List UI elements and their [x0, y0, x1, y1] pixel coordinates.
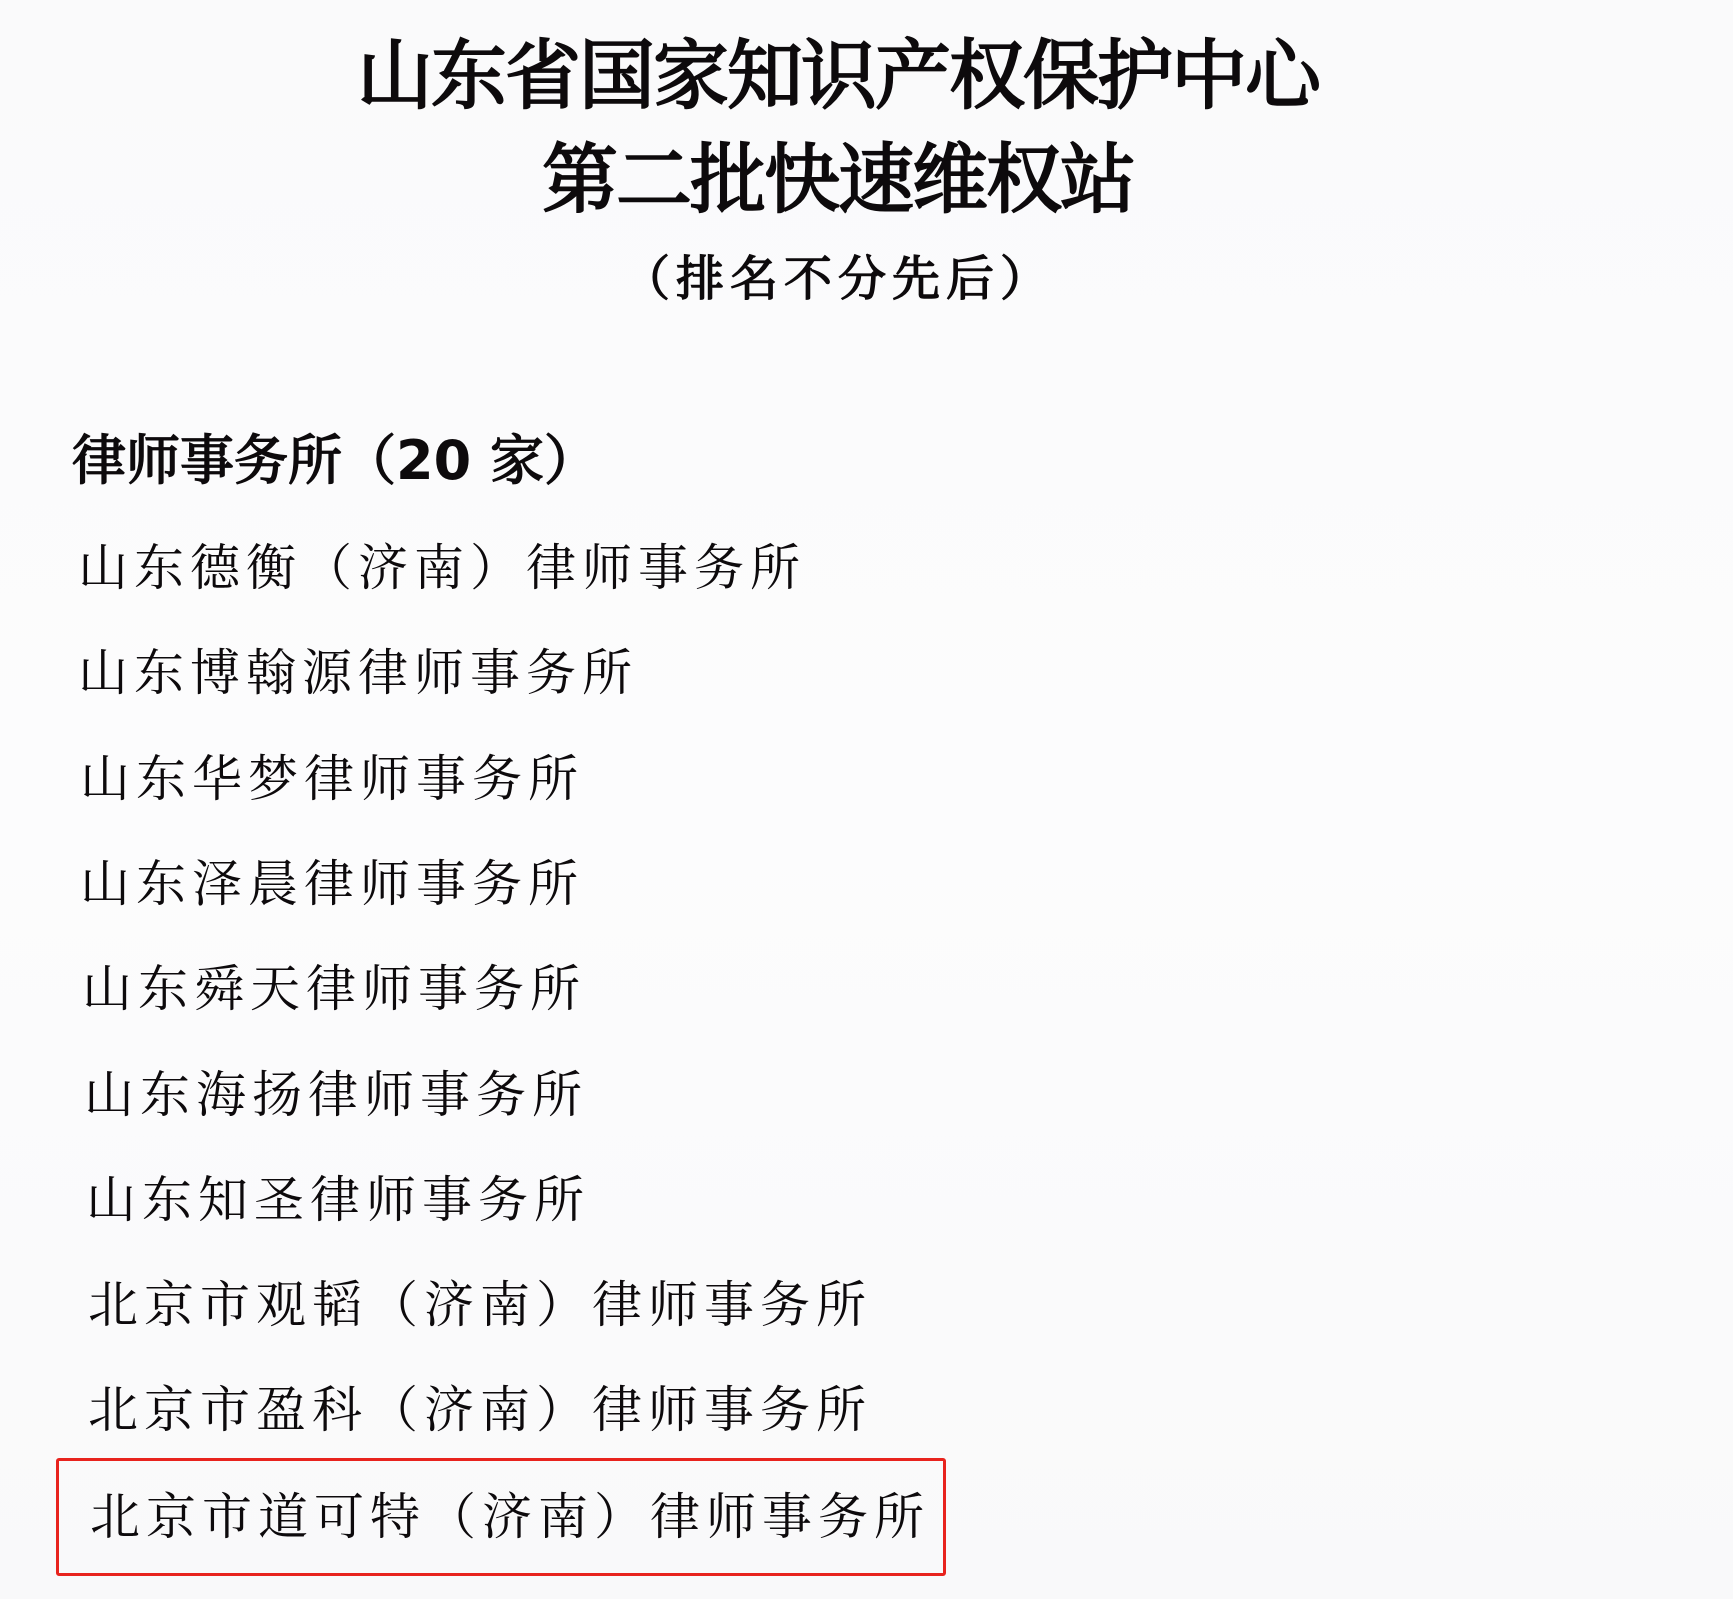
document-page: 山东省国家知识产权保护中心 第二批快速维权站 （排名不分先后） 律师事务所（20… — [0, 0, 1733, 1599]
red-highlight-box — [56, 1458, 946, 1576]
document-subtitle: （排名不分先后） — [0, 255, 1676, 303]
list-item: 山东华梦律师事务所 — [80, 754, 584, 804]
list-item: 山东德衡（济南）律师事务所 — [78, 543, 806, 593]
list-item: 山东知圣律师事务所 — [86, 1175, 590, 1225]
list-item: 北京市盈科（济南）律师事务所 — [88, 1385, 872, 1435]
document-title-line1: 山东省国家知识产权保护中心 — [0, 38, 1676, 114]
section-heading-law-firms: 律师事务所（20 家） — [72, 434, 598, 488]
list-item: 山东舜天律师事务所 — [82, 964, 586, 1014]
list-item: 山东海扬律师事务所 — [84, 1070, 588, 1120]
list-item: 山东博翰源律师事务所 — [78, 648, 638, 698]
document-title-line2: 第二批快速维权站 — [0, 142, 1676, 218]
list-item: 山东泽晨律师事务所 — [80, 859, 584, 909]
list-item: 北京市观韬（济南）律师事务所 — [88, 1280, 872, 1330]
